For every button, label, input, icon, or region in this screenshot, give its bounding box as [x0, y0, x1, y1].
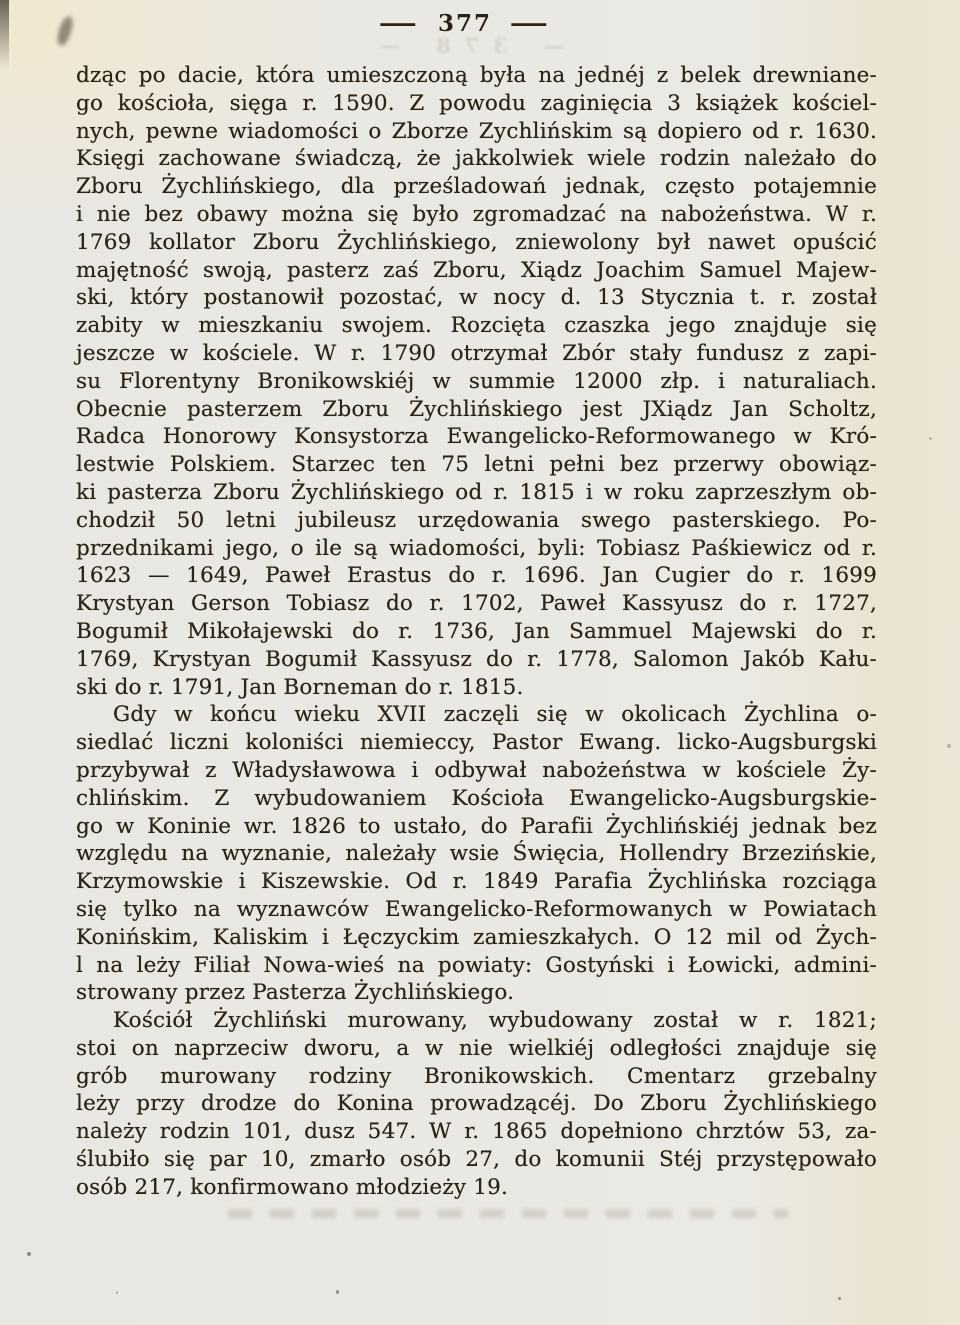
- paper-speckle: [929, 437, 932, 440]
- text-line: siedlać liczni koloniści niemieccy, Past…: [76, 729, 877, 757]
- text-line: Księgi zachowane świadczą, że jakkolwiek…: [76, 145, 877, 173]
- text-line: Konińskim, Kaliskim i Łęczyckim zamieszk…: [76, 924, 877, 952]
- bleed-through-page-number: — 378 —: [0, 33, 930, 58]
- text-line: Gdy w końcu wieku XVII zaczęli się w oko…: [76, 701, 877, 729]
- text-line: Kościół Żychliński murowany, wybudowany …: [76, 1007, 877, 1035]
- scanned-book-page: { "header": { "dash": "—", "page_number"…: [0, 0, 960, 1325]
- text-line: su Florentyny Bronikowskiéj w summie 120…: [76, 368, 877, 396]
- text-line: Zboru Żychlińskiego, dla prześladowań je…: [76, 173, 877, 201]
- text-line: lestwie Polskiem. Starzec ten 75 letni p…: [76, 451, 877, 479]
- text-line: majętność swoją, pasterz zaś Zboru, Xiąd…: [76, 257, 877, 285]
- text-line: ki pasterza Zboru Żychlińskiego od r. 18…: [76, 479, 877, 507]
- text-line: przybywał z Władysławowa i odbywał naboż…: [76, 757, 877, 785]
- paper-speckle: [336, 1290, 339, 1294]
- text-line: l na leży Filiał Nowa-wieś na powiaty: G…: [76, 952, 877, 980]
- text-line: zabity w mieszkaniu swojem. Rozcięta cza…: [76, 312, 877, 340]
- text-line: przednikami jego, o ile są wiadomości, b…: [76, 535, 877, 563]
- text-line: go kościoła, sięga r. 1590. Z powodu zag…: [76, 90, 877, 118]
- text-line: się tylko na wyznawców Ewangelicko-Refor…: [76, 896, 877, 924]
- text-line: ski, który postanowił pozostać, w nocy d…: [76, 284, 877, 312]
- text-line: 1623 — 1649, Paweł Erastus do r. 1696. J…: [76, 562, 877, 590]
- paper-speckle: [838, 1297, 841, 1300]
- paragraph: Gdy w końcu wieku XVII zaczęli się w oko…: [76, 701, 877, 1007]
- text-line: jeszcze w kościele. W r. 1790 otrzymał Z…: [76, 340, 877, 368]
- bleed-through-smear: [228, 1209, 788, 1218]
- paper-speckle: [947, 744, 951, 748]
- text-block: dząc po dacie, która umieszczoną była na…: [76, 62, 877, 1202]
- text-line: go w Koninie wr. 1826 to ustało, do Para…: [76, 813, 877, 841]
- text-line: chlińskim. Z wybudowaniem Kościoła Ewang…: [76, 785, 877, 813]
- text-line: strowany przez Pasterza Żychlińskiego.: [76, 979, 877, 1007]
- text-line: Radca Honorowy Konsystorza Ewangelicko-R…: [76, 423, 877, 451]
- text-line: Krystyan Gerson Tobiasz do r. 1702, Pawe…: [76, 590, 877, 618]
- text-line: ślubiło się par 10, zmarło osób 27, do k…: [76, 1146, 877, 1174]
- text-line: ski do r. 1791, Jan Borneman do r. 1815.: [76, 674, 877, 702]
- paper-speckle: [116, 1291, 118, 1294]
- text-line: Krzymowskie i Kiszewskie. Od r. 1849 Par…: [76, 868, 877, 896]
- paragraph: dząc po dacie, która umieszczoną była na…: [76, 62, 877, 701]
- text-line: nych, pewne wiadomości o Zborze Zychlińs…: [76, 118, 877, 146]
- text-line: leży przy drodze do Konina prowadzącéj. …: [76, 1090, 877, 1118]
- text-line: 1769 kollator Zboru Żychlińskiego, zniew…: [76, 229, 877, 257]
- text-line: stoi on naprzeciw dworu, a w nie wielkié…: [76, 1035, 877, 1063]
- paper-speckle: [27, 1252, 31, 1256]
- text-line: Obecnie pasterzem Zboru Żychlińskiego je…: [76, 396, 877, 424]
- text-line: Bogumił Mikołajewski do r. 1736, Jan Sam…: [76, 618, 877, 646]
- text-line: chodził 50 letni jubileusz urzędowania s…: [76, 507, 877, 535]
- text-line: dząc po dacie, która umieszczoną była na…: [76, 62, 877, 90]
- paragraph: Kościół Żychliński murowany, wybudowany …: [76, 1007, 877, 1202]
- text-line: względu na wyznanie, należały wsie Święc…: [76, 840, 877, 868]
- text-line: grób murowany rodziny Bronikowskich. Cme…: [76, 1063, 877, 1091]
- text-line: 1769, Krystyan Bogumił Kassyusz do r. 17…: [76, 646, 877, 674]
- text-line: osób 217, konfirmowano młodzieży 19.: [76, 1174, 877, 1202]
- text-line: należy rodzin 101, dusz 547. W r. 1865 d…: [76, 1118, 877, 1146]
- text-line: i nie bez obawy można się było zgromadza…: [76, 201, 877, 229]
